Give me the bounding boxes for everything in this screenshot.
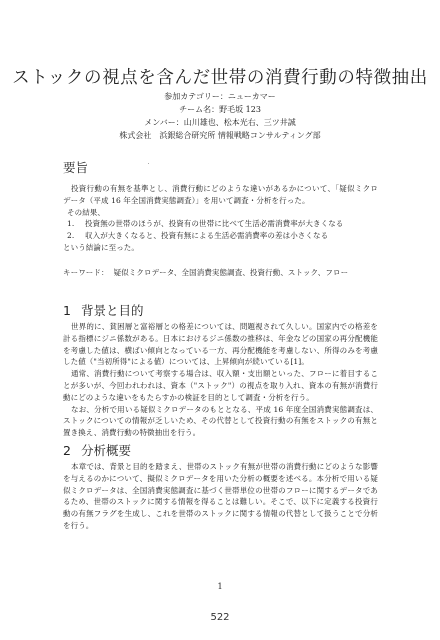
abstract-body: 投資行動の有無を基準とし、消費行動にどのような違いがあるかについて、「疑似ミクロ… (63, 183, 378, 254)
section-title: 背景と目的 (81, 303, 144, 318)
abstract-heading: 要旨 (63, 160, 88, 176)
footer-page-number: 522 (0, 612, 440, 623)
finding-number: 1. (67, 218, 85, 230)
document-page: ストックの視点を含んだ世帯の消費行動の特徴抽出 参加カテゴリー：ニューカマー チ… (0, 0, 440, 640)
paper-title: ストックの視点を含んだ世帯の消費行動の特徴抽出 (0, 68, 440, 88)
keywords-list: 疑似ミクロデータ、全国消費実態調査、投資行動、ストック、フロー (114, 268, 349, 277)
section-1-body: 世界的に、貧困層と富裕層との格差については、問題視されて久しい。国家内での格差を… (63, 321, 378, 439)
author-block: 参加カテゴリー：ニューカマー チーム名：野毛坂 123 メンバー：山川雄也、松本… (0, 90, 440, 142)
abstract-result-intro: その結果、 (63, 207, 378, 219)
members-line: メンバー：山川雄也、松本光右、三ツ井誠 (0, 116, 440, 129)
finding-item-1: 1.投資無の世帯のほうが、投資有の世帯に比べて生活必需消費率が大きくなる (63, 218, 378, 230)
affiliation-line: 株式会社 浜銀総合研究所 情報戦略コンサルティング部 (0, 129, 440, 142)
section-number: 1 (63, 303, 81, 319)
team-line: チーム名：野毛坂 123 (0, 103, 440, 116)
finding-number: 2. (67, 230, 85, 242)
category-line: 参加カテゴリー：ニューカマー (0, 90, 440, 103)
abstract-paragraph: 投資行動の有無を基準とし、消費行動にどのような違いがあるかについて、「疑似ミクロ… (63, 183, 378, 207)
keywords-label: キーワード： (63, 268, 109, 277)
section-title: 分析概要 (81, 443, 131, 458)
finding-text: 投資無の世帯のほうが、投資有の世帯に比べて生活必需消費率が大きくなる (85, 219, 343, 228)
section-2-paragraph-1: 本章では、背景と目的を踏まえ、世帯のストック有無が世帯の消費行動にどのような影響… (63, 461, 378, 532)
section-1-paragraph-3: なお、分析で用いる疑似ミクロデータのもととなる、平成 16 年度全国消費実態調査… (63, 404, 378, 439)
section-number: 2 (63, 443, 81, 459)
section-2-heading: 2分析概要 (63, 443, 131, 459)
finding-text: 収入が大きくなると、投資有無による生活必需消費率の差は小さくなる (85, 231, 328, 240)
section-1-paragraph-1: 世界的に、貧困層と富裕層との格差については、問題視されて久しい。国家内での格差を… (63, 321, 378, 368)
scan-speck (148, 163, 149, 164)
page-number: 1 (0, 582, 440, 591)
section-1-heading: 1背景と目的 (63, 303, 144, 319)
abstract-conclusion: という結論に至った。 (63, 242, 378, 254)
finding-item-2: 2.収入が大きくなると、投資有無による生活必需消費率の差は小さくなる (63, 230, 378, 242)
keywords-line: キーワード： 疑似ミクロデータ、全国消費実態調査、投資行動、ストック、フロー (63, 267, 378, 279)
section-2-body: 本章では、背景と目的を踏まえ、世帯のストック有無が世帯の消費行動にどのような影響… (63, 461, 378, 532)
section-1-paragraph-2: 通常、消費行動について考察する場合は、収入額・支出額といった、フローに着目するこ… (63, 368, 378, 403)
